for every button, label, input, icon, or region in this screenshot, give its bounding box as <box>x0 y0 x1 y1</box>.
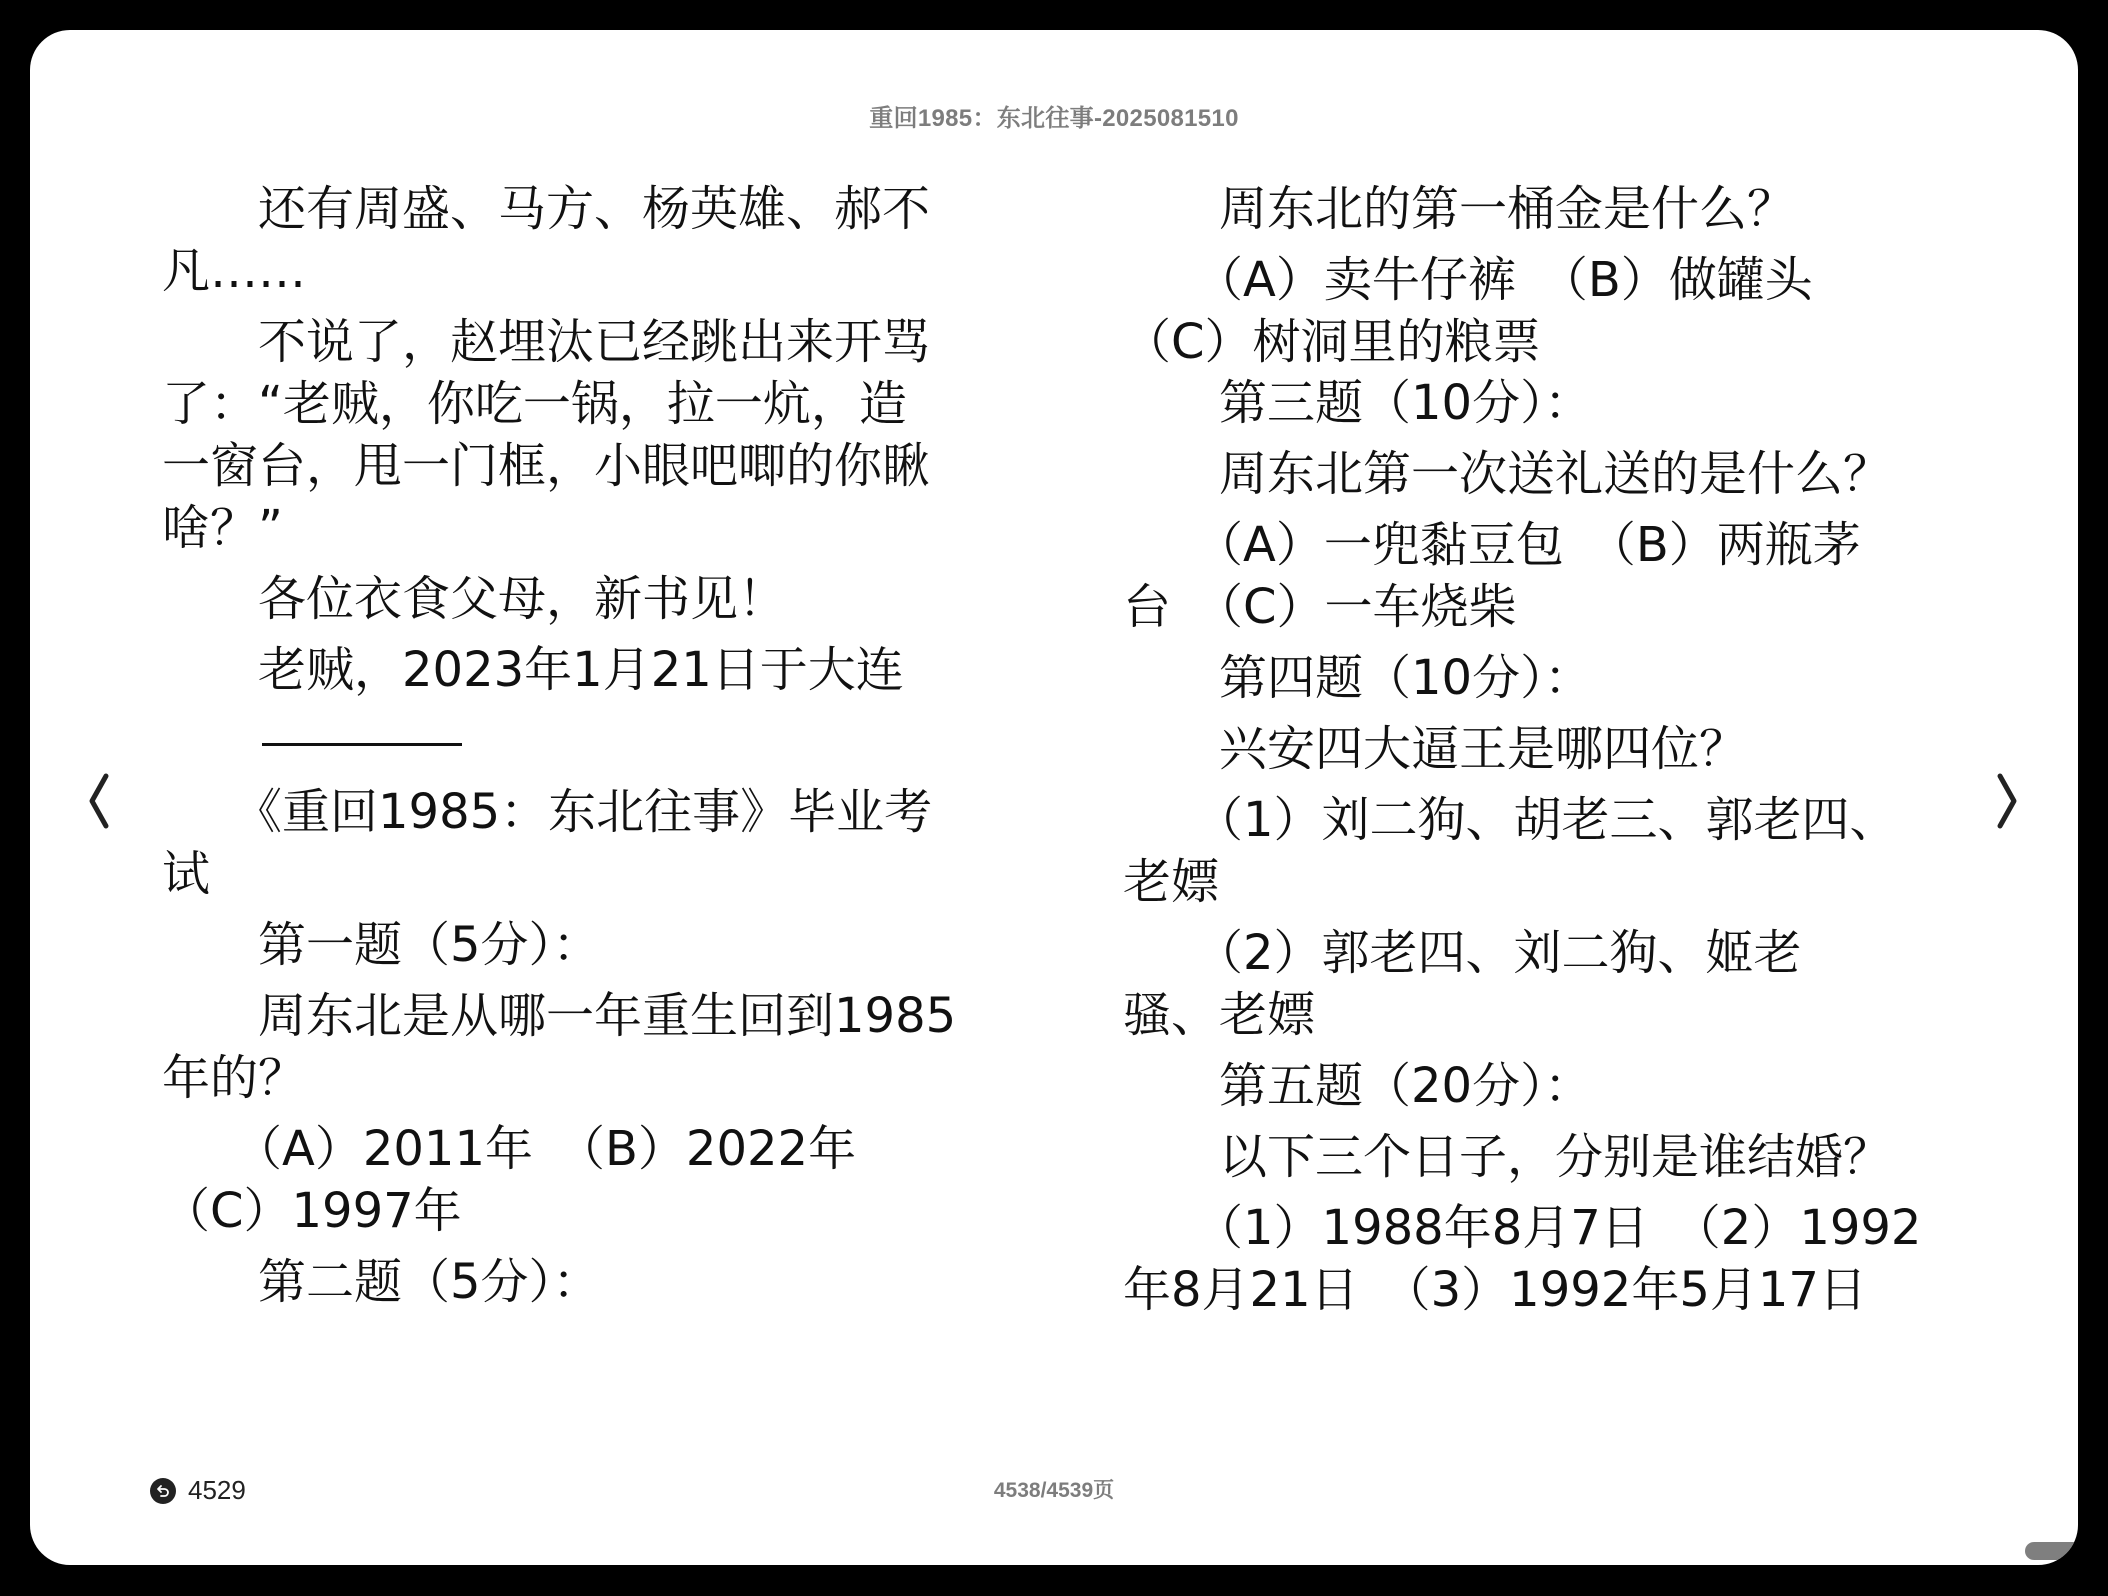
paragraph: 周东北是从哪一年重生回到1985 年的？ <box>162 985 992 1109</box>
text-line: 以下三个日子，分别是谁结婚？ <box>1123 1126 1953 1188</box>
scroll-handle[interactable] <box>2025 1542 2078 1560</box>
text-line: 台 （C）一车烧柴 <box>1123 576 1953 638</box>
text-line: 第一题（5分）： <box>162 914 992 976</box>
left-page-column: 还有周盛、马方、杨英雄、郝不 凡…… 不说了，赵埋汰已经跳出来开骂 了：“老贼，… <box>162 178 992 1322</box>
chevron-right-icon <box>1988 766 2028 836</box>
reader-page: 重回1985：东北往事-2025081510 还有周盛、马方、杨英雄、郝不 凡…… <box>30 30 2078 1565</box>
paragraph: （A）一兜黏豆包 （B）两瓶茅 台 （C）一车烧柴 <box>1123 514 1953 638</box>
text-line: 啥？” <box>162 497 992 559</box>
text-line: 了：“老贼，你吃一锅，拉一炕，造 <box>162 373 992 435</box>
text-line: 周东北的第一桶金是什么？ <box>1123 178 1953 240</box>
paragraph: 第三题（10分）： <box>1123 372 1953 434</box>
previous-page-button[interactable] <box>78 766 118 836</box>
next-page-button[interactable] <box>1988 766 2028 836</box>
paragraph-divider <box>162 710 992 772</box>
text-line: 各位衣食父母，新书见！ <box>162 568 992 630</box>
text-line: 第三题（10分）： <box>1123 372 1953 434</box>
paragraph: 以下三个日子，分别是谁结婚？ <box>1123 1126 1953 1188</box>
text-line: 年8月21日 （3）1992年5月17日 <box>1123 1259 1953 1321</box>
paragraph: 《重回1985：东北往事》毕业考 试 <box>162 781 992 905</box>
text-line: 第二题（5分）： <box>162 1251 992 1313</box>
paragraph: 周东北第一次送礼送的是什么？ <box>1123 443 1953 505</box>
text-line: 《重回1985：东北往事》毕业考 <box>162 781 992 843</box>
paragraph: 还有周盛、马方、杨英雄、郝不 凡…… <box>162 178 992 302</box>
text-line: 老贼，2023年1月21日于大连 <box>162 639 992 701</box>
paragraph: 第二题（5分）： <box>162 1251 992 1313</box>
text-line: 不说了，赵埋汰已经跳出来开骂 <box>162 311 992 373</box>
text-line: （A）卖牛仔裤 （B）做罐头 <box>1123 249 1953 311</box>
text-line: 凡…… <box>162 240 992 302</box>
text-line: （C）树洞里的粮票 <box>1123 311 1953 373</box>
paragraph: 第四题（10分）： <box>1123 647 1953 709</box>
paragraph: 周东北的第一桶金是什么？ <box>1123 178 1953 240</box>
text-line: 老嫖 <box>1123 851 1953 913</box>
paragraph: 第一题（5分）： <box>162 914 992 976</box>
text-line: （A）一兜黏豆包 （B）两瓶茅 <box>1123 514 1953 576</box>
text-line: 周东北第一次送礼送的是什么？ <box>1123 443 1953 505</box>
text-line: （A）2011年 （B）2022年 <box>162 1118 992 1180</box>
text-line: 兴安四大逼王是哪四位？ <box>1123 718 1953 780</box>
chevron-left-icon <box>78 766 118 836</box>
paragraph: （2）郭老四、刘二狗、姬老 骚、老嫖 <box>1123 922 1953 1046</box>
text-line: 骚、老嫖 <box>1123 984 1953 1046</box>
paragraph: 各位衣食父母，新书见！ <box>162 568 992 630</box>
paragraph: 不说了，赵埋汰已经跳出来开骂 了：“老贼，你吃一锅，拉一炕，造 一窗台，甩一门框… <box>162 311 992 559</box>
text-line: 第五题（20分）： <box>1123 1055 1953 1117</box>
text-line: 一窗台，甩一门框，小眼吧唧的你瞅 <box>162 435 992 497</box>
text-line: 年的？ <box>162 1047 992 1109</box>
book-title: 重回1985：东北往事-2025081510 <box>30 98 2078 133</box>
horizontal-rule <box>262 743 462 746</box>
paragraph: （A）卖牛仔裤 （B）做罐头 （C）树洞里的粮票 <box>1123 249 1953 373</box>
page-indicator: 4538/4539页 <box>30 1474 2078 1504</box>
paragraph: 兴安四大逼王是哪四位？ <box>1123 718 1953 780</box>
text-line: （1）刘二狗、胡老三、郭老四、 <box>1123 789 1953 851</box>
right-page-column: 周东北的第一桶金是什么？ （A）卖牛仔裤 （B）做罐头 （C）树洞里的粮票 第三… <box>1123 178 1953 1330</box>
paragraph: 老贼，2023年1月21日于大连 <box>162 639 992 701</box>
text-line: 试 <box>162 843 992 905</box>
text-line: （2）郭老四、刘二狗、姬老 <box>1123 922 1953 984</box>
text-line: （1）1988年8月7日 （2）1992 <box>1123 1197 1953 1259</box>
text-line: 还有周盛、马方、杨英雄、郝不 <box>162 178 992 240</box>
text-line: （C）1997年 <box>162 1180 992 1242</box>
paragraph: （1）刘二狗、胡老三、郭老四、 老嫖 <box>1123 789 1953 913</box>
paragraph: 第五题（20分）： <box>1123 1055 1953 1117</box>
text-line: 周东北是从哪一年重生回到1985 <box>162 985 992 1047</box>
text-line: 第四题（10分）： <box>1123 647 1953 709</box>
paragraph: （A）2011年 （B）2022年 （C）1997年 <box>162 1118 992 1242</box>
divider-line <box>162 710 992 772</box>
paragraph: （1）1988年8月7日 （2）1992 年8月21日 （3）1992年5月17… <box>1123 1197 1953 1321</box>
